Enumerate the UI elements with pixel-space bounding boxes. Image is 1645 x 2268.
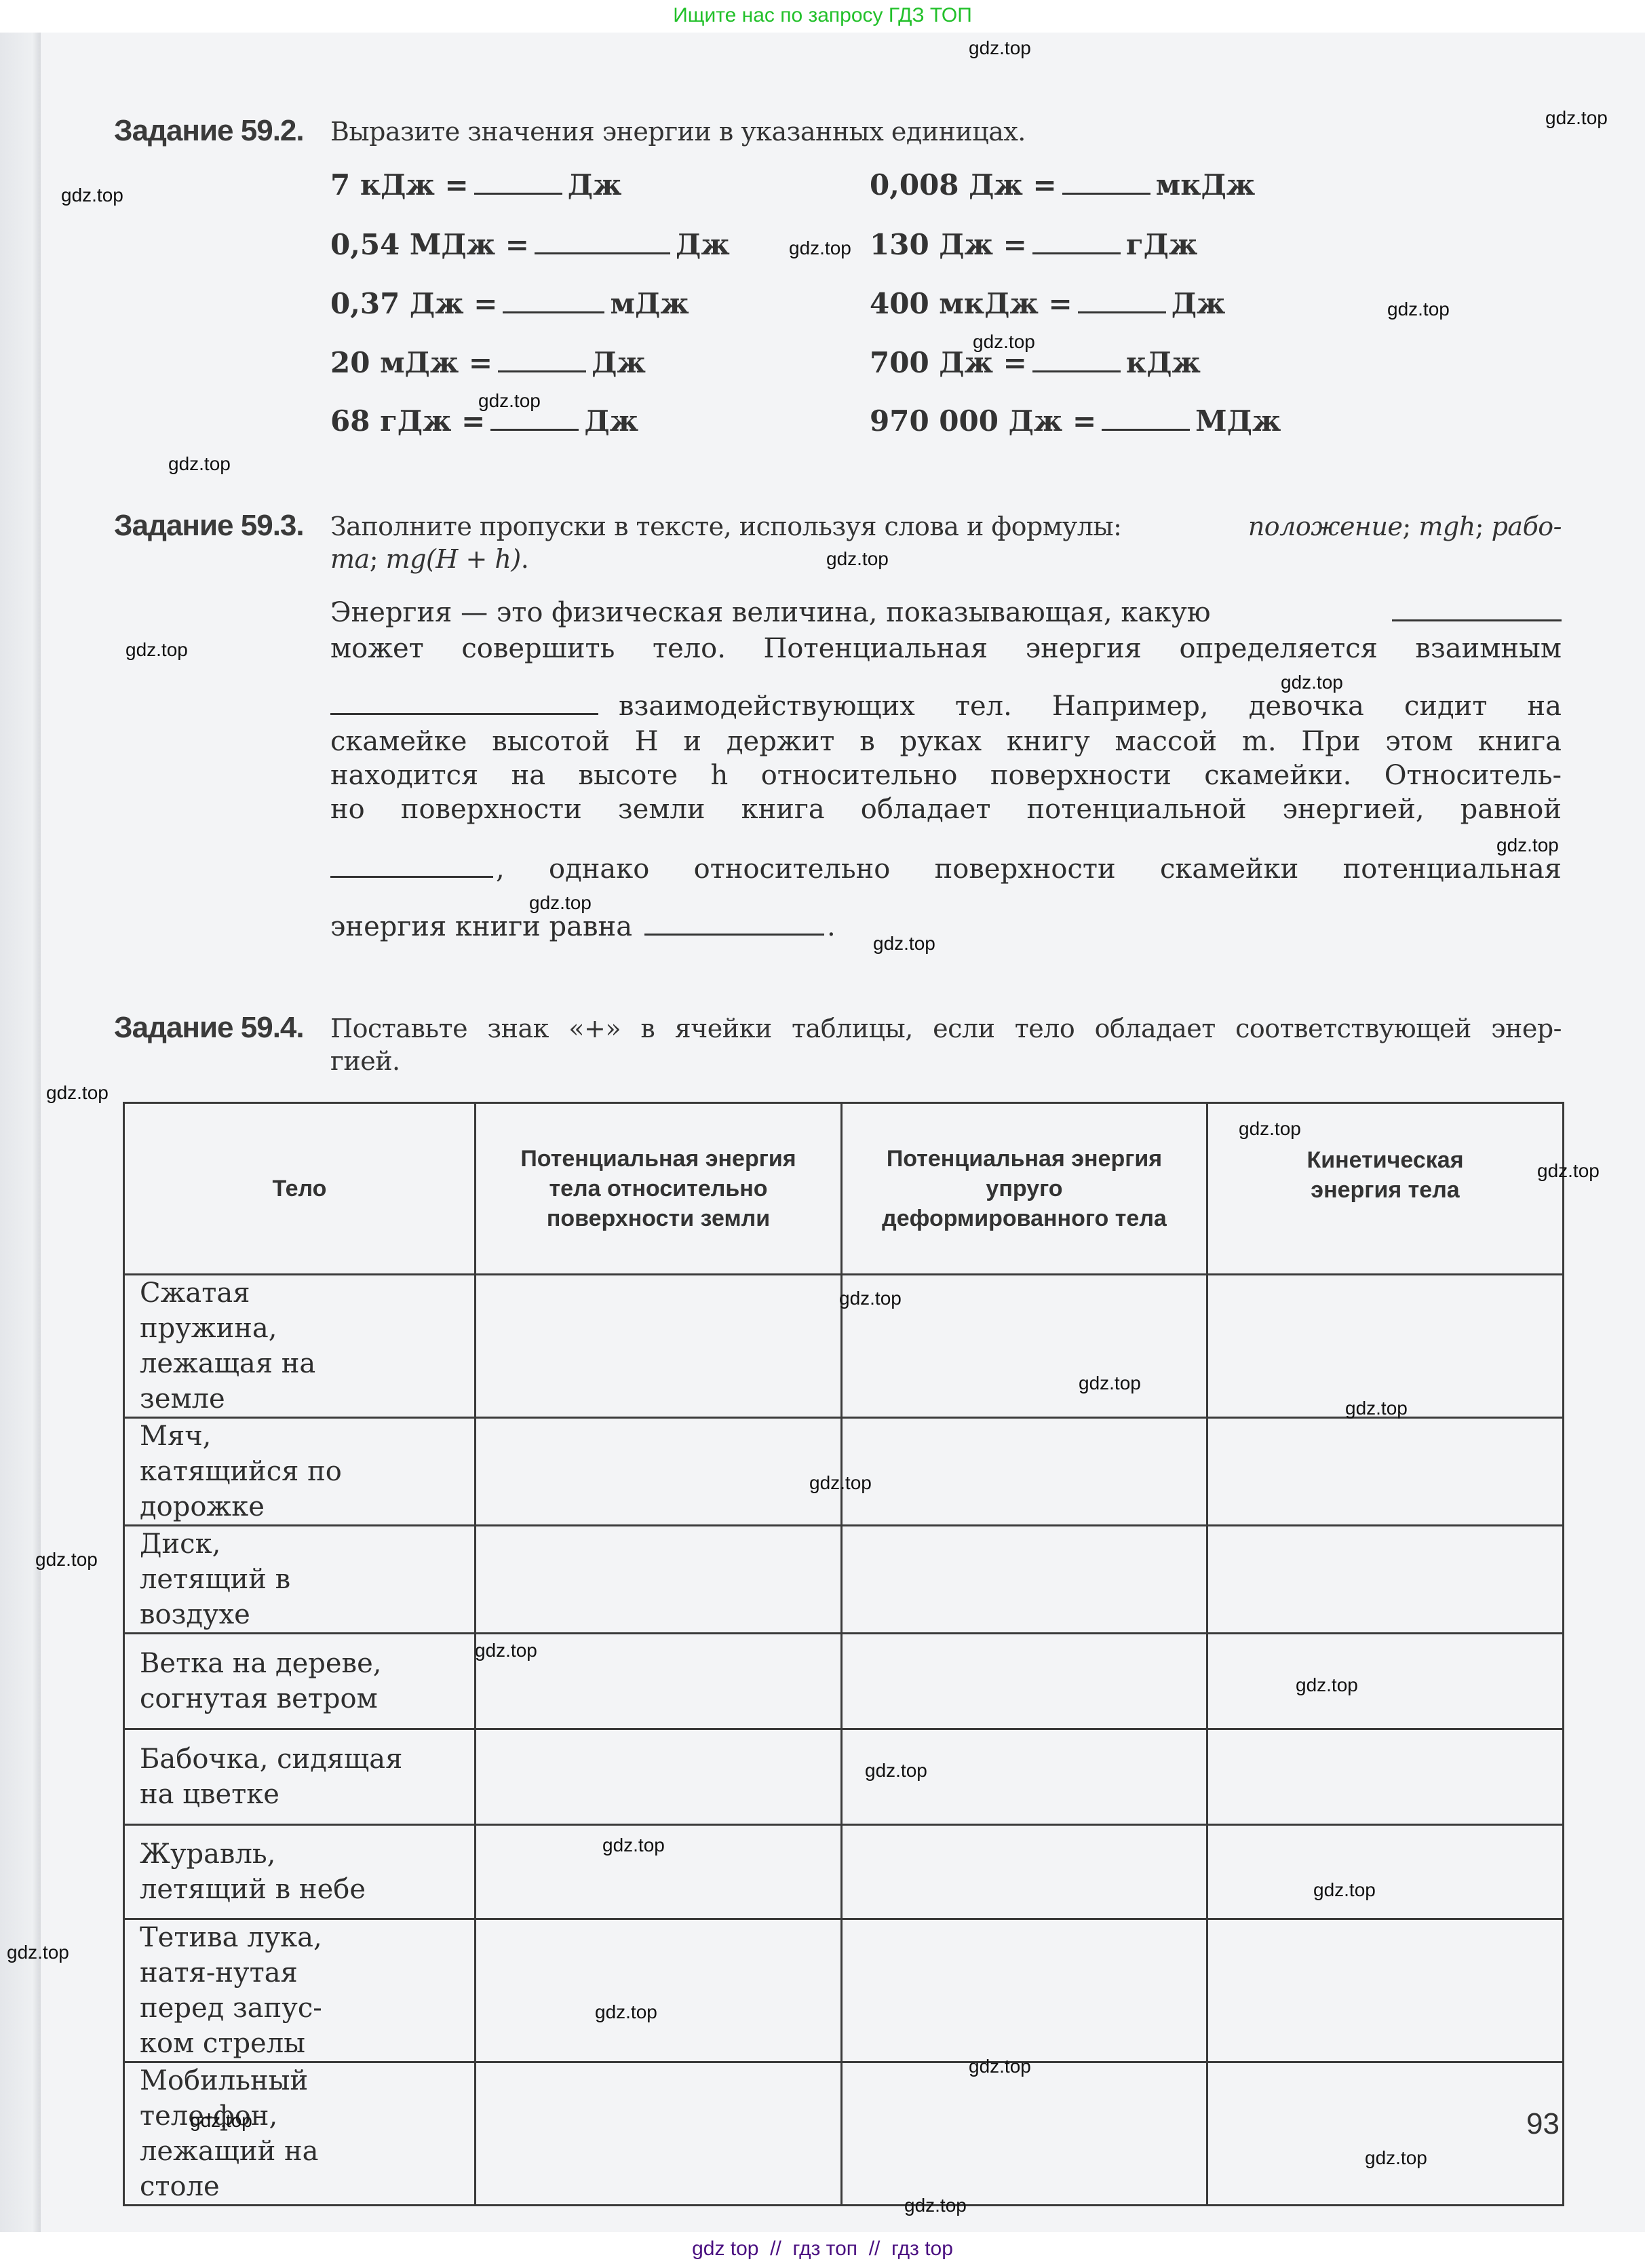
task-59-4-instruction-line1: Поставьте знак «+» в ячейки таблицы, есл… xyxy=(330,1014,1562,1043)
watermark: gdz.top xyxy=(826,548,889,570)
task-59-3-instruction-line2: та; mg(H + h). xyxy=(330,544,528,574)
equation: 130 Дж =гДж xyxy=(870,228,1197,261)
answer-blank[interactable] xyxy=(1062,186,1150,195)
column-header-potential-ground: Потенциальная энергия тела относительно … xyxy=(476,1103,842,1275)
table-row: Мобильный теле-фон, лежащий на столе xyxy=(124,2062,1564,2206)
watermark: gdz.top xyxy=(839,1288,902,1309)
equation: 7 кДж =Дж xyxy=(330,168,622,201)
answer-blank[interactable] xyxy=(1102,422,1190,431)
paragraph-line: находится на высоте h относительно повер… xyxy=(330,760,1562,791)
paragraph-line: взаимодействующих тел. Например, девочка… xyxy=(330,691,1562,722)
watermark: gdz.top xyxy=(61,185,123,206)
potential-elastic-cell[interactable] xyxy=(842,1418,1207,1526)
footer-text: gdz top // гдз топ // гдз top xyxy=(692,2237,953,2260)
equation: 700 Дж =кДж xyxy=(870,346,1201,379)
watermark: gdz.top xyxy=(1365,2147,1427,2169)
paragraph-line: энергия книги равна. xyxy=(330,911,1562,942)
kinetic-cell[interactable] xyxy=(1207,1634,1564,1729)
watermark: gdz.top xyxy=(602,1834,665,1856)
page-number: 93 xyxy=(1526,2107,1560,2141)
watermark: gdz.top xyxy=(789,237,851,259)
equation: 970 000 Дж =МДж xyxy=(870,404,1281,438)
body-name-cell: Мяч, катящийся по дорожке xyxy=(124,1418,476,1526)
watermark: gdz.top xyxy=(904,2195,967,2216)
kinetic-cell[interactable] xyxy=(1207,1526,1564,1634)
watermark: gdz.top xyxy=(969,37,1031,59)
task-59-3-label: Задание 59.3. xyxy=(114,509,304,543)
watermark: gdz.top xyxy=(1387,299,1450,320)
watermark: gdz.top xyxy=(873,933,935,955)
potential-elastic-cell[interactable] xyxy=(842,1919,1207,2062)
kinetic-cell[interactable] xyxy=(1207,1418,1564,1526)
watermark: gdz.top xyxy=(1545,107,1608,129)
answer-blank[interactable] xyxy=(490,422,579,431)
potential-elastic-cell[interactable] xyxy=(842,1634,1207,1729)
answer-blank[interactable] xyxy=(330,869,493,878)
watermark: gdz.top xyxy=(168,453,231,475)
paragraph-line: , однако относительно поверхности скамей… xyxy=(330,853,1562,885)
answer-blank[interactable] xyxy=(498,364,586,372)
equation: 400 мкДж =Дж xyxy=(870,287,1225,320)
potential-ground-cell[interactable] xyxy=(476,2062,842,2206)
watermark: gdz.top xyxy=(1345,1398,1408,1419)
task-59-2-instruction: Выразите значения энергии в указанных ед… xyxy=(330,117,1026,147)
watermark: gdz.top xyxy=(809,1472,872,1494)
watermark: gdz.top xyxy=(7,1942,69,1963)
page-gutter xyxy=(0,33,41,2232)
watermark: gdz.top xyxy=(190,2110,252,2132)
watermark: gdz.top xyxy=(125,639,188,661)
potential-ground-cell[interactable] xyxy=(476,1275,842,1418)
watermark: gdz.top xyxy=(46,1082,109,1104)
kinetic-cell[interactable] xyxy=(1207,2062,1564,2206)
table-row: Журавль, летящий в небе xyxy=(124,1825,1564,1919)
answer-blank[interactable] xyxy=(1078,305,1166,313)
paragraph-line: Энергия — это физическая величина, показ… xyxy=(330,597,1562,628)
potential-elastic-cell[interactable] xyxy=(842,1526,1207,1634)
watermark: gdz.top xyxy=(478,390,541,412)
body-name-cell: Бабочка, сидящая на цветке xyxy=(124,1729,476,1825)
task-59-4-label: Задание 59.4. xyxy=(114,1011,304,1045)
kinetic-cell[interactable] xyxy=(1207,1825,1564,1919)
body-name-cell: Журавль, летящий в небе xyxy=(124,1825,476,1919)
equation: 20 мДж =Дж xyxy=(330,346,646,379)
answer-blank[interactable] xyxy=(644,927,824,936)
answer-blank[interactable] xyxy=(474,186,562,195)
footer-banner: gdz top // гдз топ // гдз top xyxy=(0,2232,1645,2268)
watermark: gdz.top xyxy=(969,2056,1031,2077)
watermark: gdz.top xyxy=(1537,1160,1600,1182)
kinetic-cell[interactable] xyxy=(1207,1919,1564,2062)
watermark: gdz.top xyxy=(1239,1118,1301,1140)
column-header-body: Тело xyxy=(124,1103,476,1275)
watermark: gdz.top xyxy=(1496,834,1559,856)
answer-blank[interactable] xyxy=(1032,246,1121,254)
answer-blank[interactable] xyxy=(503,305,604,313)
potential-ground-cell[interactable] xyxy=(476,1418,842,1526)
potential-elastic-cell[interactable] xyxy=(842,1825,1207,1919)
table-row: Диск, летящий в воздухе xyxy=(124,1526,1564,1634)
watermark: gdz.top xyxy=(973,331,1035,353)
watermark: gdz.top xyxy=(865,1760,927,1782)
table-row: Тетива лука, натя-нутая перед запус-ком … xyxy=(124,1919,1564,2062)
watermark: gdz.top xyxy=(475,1640,537,1661)
equation: 0,37 Дж =мДж xyxy=(330,287,689,320)
body-name-cell: Сжатая пружина, лежащая на земле xyxy=(124,1275,476,1418)
task-59-2-label: Задание 59.2. xyxy=(114,114,304,148)
potential-ground-cell[interactable] xyxy=(476,1729,842,1825)
paragraph-line: скамейке высотой H и держит в руках книг… xyxy=(330,726,1562,757)
body-name-cell: Ветка на дереве, согнутая ветром xyxy=(124,1634,476,1729)
potential-ground-cell[interactable] xyxy=(476,1919,842,2062)
answer-blank[interactable] xyxy=(1392,613,1562,621)
energy-table: Тело Потенциальная энергия тела относите… xyxy=(123,1102,1564,2206)
watermark: gdz.top xyxy=(35,1549,98,1571)
body-name-cell: Мобильный теле-фон, лежащий на столе xyxy=(124,2062,476,2206)
answer-blank[interactable] xyxy=(1032,364,1121,372)
table-row: Бабочка, сидящая на цветке xyxy=(124,1729,1564,1825)
potential-ground-cell[interactable] xyxy=(476,1526,842,1634)
kinetic-cell[interactable] xyxy=(1207,1729,1564,1825)
body-name-cell: Тетива лука, натя-нутая перед запус-ком … xyxy=(124,1919,476,2062)
equation: 0,54 МДж =Дж xyxy=(330,228,730,261)
watermark: gdz.top xyxy=(1281,672,1343,693)
equation: 0,008 Дж =мкДж xyxy=(870,168,1255,201)
column-header-potential-elastic: Потенциальная энергия упруго деформирова… xyxy=(842,1103,1207,1275)
answer-blank[interactable] xyxy=(330,706,598,715)
banner-text: Ищите нас по запросу ГДЗ ТОП xyxy=(673,4,972,26)
task-59-3-instruction-line1: Заполните пропуски в тексте, используя с… xyxy=(330,512,1562,541)
watermark: gdz.top xyxy=(1079,1372,1141,1394)
paragraph-line: но поверхности земли книга обладает поте… xyxy=(330,794,1562,825)
table-row: Мяч, катящийся по дорожке xyxy=(124,1418,1564,1526)
top-banner: Ищите нас по запросу ГДЗ ТОП xyxy=(0,0,1645,33)
paragraph-line: может совершить тело. Потенциальная энер… xyxy=(330,633,1562,664)
potential-elastic-cell[interactable] xyxy=(842,2062,1207,2206)
kinetic-cell[interactable] xyxy=(1207,1275,1564,1418)
table-header-row: Тело Потенциальная энергия тела относите… xyxy=(124,1103,1564,1275)
answer-blank[interactable] xyxy=(535,246,670,254)
task-59-4-instruction-line2: гией. xyxy=(330,1046,400,1076)
watermark: gdz.top xyxy=(1313,1879,1376,1901)
watermark: gdz.top xyxy=(529,892,592,914)
watermark: gdz.top xyxy=(595,2001,657,2023)
watermark: gdz.top xyxy=(1296,1674,1358,1696)
body-name-cell: Диск, летящий в воздухе xyxy=(124,1526,476,1634)
